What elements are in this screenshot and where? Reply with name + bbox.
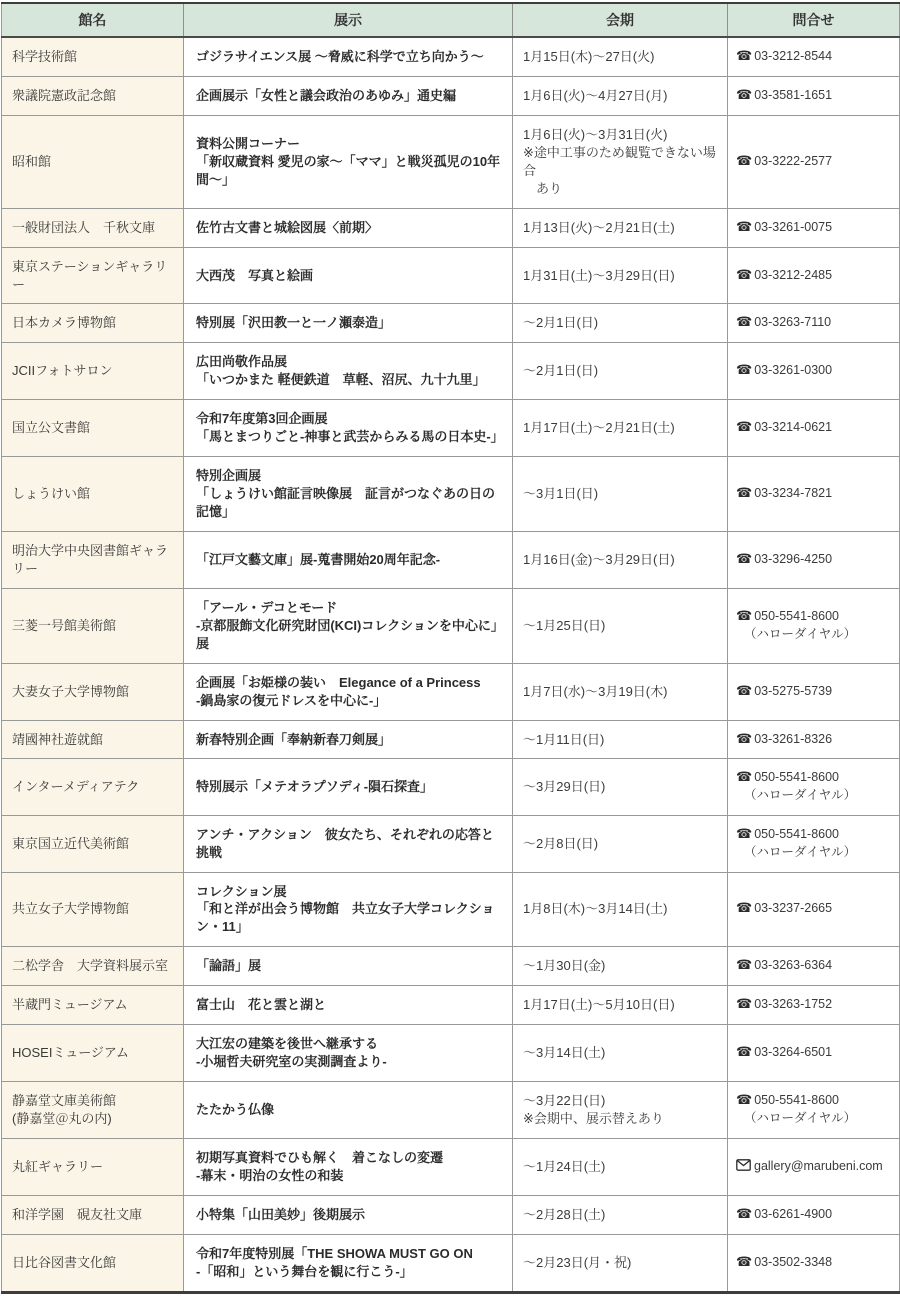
contact-cell: ☎03-3263-6364 (728, 947, 900, 986)
phone-icon: ☎ (736, 552, 752, 567)
contact-cell: ☎03-3502-3348 (728, 1234, 900, 1292)
contact-cell: gallery@marubeni.com (728, 1138, 900, 1195)
table-row: 静嘉堂文庫美術館(静嘉堂＠丸の内)たたかう仏像～3月22日(日)※会期中、展示替… (2, 1082, 900, 1139)
table-row: 日本カメラ博物館特別展「沢田教一と一ノ瀬泰造」～2月1日(日)☎03-3263-… (2, 304, 900, 343)
phone-icon: ☎ (736, 268, 752, 283)
period-line: 1月17日(土)～2月21日(土) (523, 419, 719, 437)
museum-name-cell: 大妻女子大学博物館 (2, 663, 184, 720)
museum-name-line: 日本カメラ博物館 (12, 314, 175, 332)
exhibit-title-cell: 小特集「山田美妙」後期展示 (184, 1195, 513, 1234)
contact-value-line: ☎03-6261-4900 (736, 1206, 891, 1224)
period-line: ～3月1日(日) (523, 485, 719, 503)
contact-cell: ☎050-5541-8600（ハローダイヤル） (728, 588, 900, 663)
museum-name-cell: HOSEIミュージアム (2, 1025, 184, 1082)
period-line: 1月17日(土)～5月10日(日) (523, 996, 719, 1014)
exhibit-title-line: 「アール・デコとモード (196, 599, 504, 617)
period-line: ※会期中、展示替えあり (523, 1110, 719, 1128)
museum-name-cell: 二松学舎 大学資料展示室 (2, 947, 184, 986)
exhibit-title-line: アンチ・アクション 彼女たち、それぞれの応答と挑戦 (196, 826, 504, 862)
period-cell: 1月13日(火)～2月21日(土) (513, 208, 728, 247)
exhibit-title-cell: 特別企画展「しょうけい館証言映像展 証言がつなぐあの日の記憶」 (184, 457, 513, 532)
museum-name-cell: しょうけい館 (2, 457, 184, 532)
contact-cell: ☎03-3261-8326 (728, 720, 900, 759)
exhibit-title-cell: 「江戸文藝文庫」展-蒐書開始20周年記念- (184, 531, 513, 588)
exhibit-title-line: 「馬とまつりごと-神事と武芸からみる馬の日本史-」 (196, 428, 504, 446)
contact-value-line: ☎03-3222-2577 (736, 153, 891, 171)
header-contact: 問合せ (728, 3, 900, 37)
museum-name-line: 二松学舎 大学資料展示室 (12, 957, 175, 975)
exhibit-title-line: 企画展示「女性と議会政治のあゆみ」通史編 (196, 87, 504, 105)
museum-name-line: しょうけい館 (12, 485, 175, 503)
phone-icon: ☎ (736, 220, 752, 235)
period-cell: ～3月14日(土) (513, 1025, 728, 1082)
phone-icon: ☎ (736, 958, 752, 973)
table-row: HOSEIミュージアム大江宏の建築を後世へ継承する-小堀哲夫研究室の実測調査より… (2, 1025, 900, 1082)
contact-value-line: ☎03-3502-3348 (736, 1254, 891, 1272)
exhibit-title-line: 広田尚敬作品展 (196, 353, 504, 371)
contact-value-line: ☎03-3237-2665 (736, 900, 891, 918)
period-line: ～1月30日(金) (523, 957, 719, 975)
contact-value-line: ☎03-3263-7110 (736, 314, 891, 332)
period-line: ～2月8日(日) (523, 835, 719, 853)
museum-name-cell: 日比谷図書文化館 (2, 1234, 184, 1292)
contact-cell: ☎03-6261-4900 (728, 1195, 900, 1234)
contact-cell: ☎03-3212-8544 (728, 37, 900, 76)
museum-name-line: 丸紅ギャラリー (12, 1158, 175, 1176)
contact-value-line: ☎03-3263-1752 (736, 996, 891, 1014)
exhibit-title-cell: 令和7年度第3回企画展「馬とまつりごと-神事と武芸からみる馬の日本史-」 (184, 400, 513, 457)
table-row: 靖國神社遊就館新春特別企画「奉納新春刀剣展」～1月11日(日)☎03-3261-… (2, 720, 900, 759)
museum-name-cell: 三菱一号館美術館 (2, 588, 184, 663)
exhibit-title-cell: アンチ・アクション 彼女たち、それぞれの応答と挑戦 (184, 815, 513, 872)
contact-note-line: （ハローダイヤル） (736, 844, 891, 861)
museum-name-cell: 半蔵門ミュージアム (2, 986, 184, 1025)
period-cell: ～1月25日(日) (513, 588, 728, 663)
contact-cell: ☎03-3234-7821 (728, 457, 900, 532)
museum-name-line: 静嘉堂文庫美術館 (12, 1092, 175, 1110)
contact-value-line: ☎03-3264-6501 (736, 1044, 891, 1062)
phone-icon: ☎ (736, 1207, 752, 1222)
exhibit-title-line: 「しょうけい館証言映像展 証言がつなぐあの日の記憶」 (196, 485, 504, 521)
contact-value-line: ☎03-3261-0300 (736, 362, 891, 380)
exhibit-title-line: 小特集「山田美妙」後期展示 (196, 1206, 504, 1224)
phone-icon: ☎ (736, 1093, 752, 1108)
phone-icon: ☎ (736, 770, 752, 785)
period-cell: 1月17日(土)～2月21日(土) (513, 400, 728, 457)
table-row: 日比谷図書文化館令和7年度特別展「THE SHOWA MUST GO ON-「昭… (2, 1234, 900, 1292)
period-line: ～3月14日(土) (523, 1044, 719, 1062)
museum-name-cell: 明治大学中央図書館ギャラリー (2, 531, 184, 588)
exhibit-title-line: 「いつかまた 軽便鉄道 草軽、沼尻、九十九里」 (196, 371, 504, 389)
phone-icon: ☎ (736, 88, 752, 103)
museum-name-line: 三菱一号館美術館 (12, 617, 175, 635)
phone-icon: ☎ (736, 732, 752, 747)
contact-value-line: ☎03-3212-2485 (736, 267, 891, 285)
contact-cell: ☎03-5275-5739 (728, 663, 900, 720)
period-line: あり (523, 180, 719, 198)
table-row: 東京国立近代美術館アンチ・アクション 彼女たち、それぞれの応答と挑戦～2月8日(… (2, 815, 900, 872)
contact-cell: ☎03-3263-7110 (728, 304, 900, 343)
contact-cell: ☎050-5541-8600（ハローダイヤル） (728, 759, 900, 815)
header-museum-name: 館名 (2, 3, 184, 37)
exhibit-title-cell: 資料公開コーナー「新収蔵資料 愛児の家～「ママ」と戦災孤児の10年間～」 (184, 115, 513, 208)
contact-cell: ☎03-3261-0300 (728, 343, 900, 400)
contact-cell: ☎03-3581-1651 (728, 76, 900, 115)
period-line: 1月6日(火)～4月27日(月) (523, 87, 719, 105)
phone-icon: ☎ (736, 154, 752, 169)
contact-cell: ☎03-3264-6501 (728, 1025, 900, 1082)
museum-name-cell: 昭和館 (2, 115, 184, 208)
table-row: しょうけい館特別企画展「しょうけい館証言映像展 証言がつなぐあの日の記憶」～3月… (2, 457, 900, 532)
period-line: ～2月1日(日) (523, 314, 719, 332)
period-line: 1月13日(火)～2月21日(土) (523, 219, 719, 237)
contact-cell: ☎03-3261-0075 (728, 208, 900, 247)
exhibit-title-cell: 佐竹古文書と城絵図展〈前期〉 (184, 208, 513, 247)
period-line: 1月31日(土)～3月29日(日) (523, 267, 719, 285)
exhibit-title-line: 「和と洋が出会う博物館 共立女子大学コレクション・11」 (196, 900, 504, 936)
contact-cell: ☎050-5541-8600（ハローダイヤル） (728, 815, 900, 872)
period-cell: 1月6日(火)～3月31日(火)※途中工事のため観覧できない場合 あり (513, 115, 728, 208)
table-row: 科学技術館ゴジラサイエンス展 ～脅威に科学で立ち向かう～1月15日(木)～27日… (2, 37, 900, 76)
contact-cell: ☎03-3296-4250 (728, 531, 900, 588)
museum-name-line: インターメディアテク (12, 778, 175, 796)
header-exhibit: 展示 (184, 3, 513, 37)
period-cell: ～2月23日(月・祝) (513, 1234, 728, 1292)
table-row: 共立女子大学博物館コレクション展「和と洋が出会う博物館 共立女子大学コレクション… (2, 872, 900, 947)
exhibit-title-line: 大西茂 写真と絵画 (196, 267, 504, 285)
exhibit-title-line: 「新収蔵資料 愛児の家～「ママ」と戦災孤児の10年間～」 (196, 153, 504, 189)
period-line: ～2月1日(日) (523, 362, 719, 380)
period-line: ～2月28日(土) (523, 1206, 719, 1224)
period-cell: ～1月30日(金) (513, 947, 728, 986)
contact-value-line: ☎03-3261-8326 (736, 731, 891, 749)
exhibit-title-cell: 企画展示「女性と議会政治のあゆみ」通史編 (184, 76, 513, 115)
exhibit-title-line: 「論語」展 (196, 957, 504, 975)
museum-name-cell: JCIIフォトサロン (2, 343, 184, 400)
period-line: 1月16日(金)～3月29日(日) (523, 551, 719, 569)
contact-value-line: ☎03-3261-0075 (736, 219, 891, 237)
period-cell: 1月15日(木)～27日(火) (513, 37, 728, 76)
period-line: 1月7日(水)～3月19日(木) (523, 683, 719, 701)
museum-name-line: HOSEIミュージアム (12, 1044, 175, 1062)
table-row: 国立公文書館令和7年度第3回企画展「馬とまつりごと-神事と武芸からみる馬の日本史… (2, 400, 900, 457)
phone-icon: ☎ (736, 486, 752, 501)
period-cell: ～3月1日(日) (513, 457, 728, 532)
period-line: 1月8日(木)～3月14日(土) (523, 900, 719, 918)
museum-name-line: 共立女子大学博物館 (12, 900, 175, 918)
museum-name-line: 科学技術館 (12, 48, 175, 66)
phone-icon: ☎ (736, 997, 752, 1012)
contact-value-line: ☎03-3263-6364 (736, 957, 891, 975)
header-row: 館名 展示 会期 問合せ (2, 3, 900, 37)
period-line: 1月15日(木)～27日(火) (523, 48, 719, 66)
exhibit-title-cell: 富士山 花と雲と湖と (184, 986, 513, 1025)
exhibit-title-line: -小堀哲夫研究室の実測調査より- (196, 1053, 504, 1071)
phone-icon: ☎ (736, 1255, 752, 1270)
exhibit-title-line: 特別展「沢田教一と一ノ瀬泰造」 (196, 314, 504, 332)
phone-icon: ☎ (736, 363, 752, 378)
exhibit-title-line: 特別展示「メテオラプソディ-隕石探査」 (196, 778, 504, 796)
period-cell: ～2月28日(土) (513, 1195, 728, 1234)
contact-value-line: ☎050-5541-8600 (736, 769, 891, 787)
exhibit-title-line: -京都服飾文化研究財団(KCI)コレクションを中心に」展 (196, 617, 504, 653)
contact-value-line: ☎03-3212-8544 (736, 48, 891, 66)
period-cell: ～3月22日(日)※会期中、展示替えあり (513, 1082, 728, 1139)
period-line: ～3月29日(日) (523, 778, 719, 796)
table-row: 一般財団法人 千秋文庫佐竹古文書と城絵図展〈前期〉1月13日(火)～2月21日(… (2, 208, 900, 247)
museum-name-line: 昭和館 (12, 153, 175, 171)
exhibit-title-cell: 大江宏の建築を後世へ継承する-小堀哲夫研究室の実測調査より- (184, 1025, 513, 1082)
exhibit-title-line: 初期写真資料でひも解く 着こなしの変遷 (196, 1149, 504, 1167)
exhibit-title-line: 企画展「お姫様の装い Elegance of a Princess (196, 674, 504, 692)
period-cell: ～3月29日(日) (513, 759, 728, 815)
contact-value-line: ☎050-5541-8600 (736, 826, 891, 844)
exhibition-listing-page: 館名 展示 会期 問合せ 科学技術館ゴジラサイエンス展 ～脅威に科学で立ち向かう… (0, 0, 900, 1296)
contact-note-line: （ハローダイヤル） (736, 1110, 891, 1127)
museum-name-line: 明治大学中央図書館ギャラリー (12, 542, 175, 578)
table-row: インターメディアテク特別展示「メテオラプソディ-隕石探査」～3月29日(日)☎0… (2, 759, 900, 815)
phone-icon: ☎ (736, 827, 752, 842)
museum-name-cell: 共立女子大学博物館 (2, 872, 184, 947)
exhibit-title-line: 資料公開コーナー (196, 135, 504, 153)
museum-name-line: 大妻女子大学博物館 (12, 683, 175, 701)
exhibit-title-line: 令和7年度特別展「THE SHOWA MUST GO ON (196, 1245, 504, 1263)
exhibit-title-cell: 企画展「お姫様の装い Elegance of a Princess-鍋島家の復元… (184, 663, 513, 720)
museum-name-cell: 東京国立近代美術館 (2, 815, 184, 872)
museum-name-cell: 靖國神社遊就館 (2, 720, 184, 759)
period-line: ～1月24日(土) (523, 1158, 719, 1176)
table-body: 科学技術館ゴジラサイエンス展 ～脅威に科学で立ち向かう～1月15日(木)～27日… (2, 37, 900, 1292)
period-line: 1月6日(火)～3月31日(火) (523, 126, 719, 144)
exhibit-title-cell: たたかう仏像 (184, 1082, 513, 1139)
period-cell: ～1月11日(日) (513, 720, 728, 759)
exhibit-title-line: たたかう仏像 (196, 1101, 504, 1119)
exhibit-title-line: 特別企画展 (196, 467, 504, 485)
header-period: 会期 (513, 3, 728, 37)
period-cell: ～2月8日(日) (513, 815, 728, 872)
museum-name-cell: 衆議院憲政記念館 (2, 76, 184, 115)
period-line: ～1月25日(日) (523, 617, 719, 635)
museum-name-cell: インターメディアテク (2, 759, 184, 815)
exhibit-title-line: 大江宏の建築を後世へ継承する (196, 1035, 504, 1053)
museum-name-cell: 国立公文書館 (2, 400, 184, 457)
exhibit-title-cell: ゴジラサイエンス展 ～脅威に科学で立ち向かう～ (184, 37, 513, 76)
exhibit-title-line: ゴジラサイエンス展 ～脅威に科学で立ち向かう～ (196, 48, 504, 66)
museum-name-cell: 日本カメラ博物館 (2, 304, 184, 343)
table-row: 明治大学中央図書館ギャラリー「江戸文藝文庫」展-蒐書開始20周年記念-1月16日… (2, 531, 900, 588)
phone-icon: ☎ (736, 901, 752, 916)
period-cell: 1月17日(土)～5月10日(日) (513, 986, 728, 1025)
period-cell: 1月6日(火)～4月27日(月) (513, 76, 728, 115)
contact-cell: ☎03-3214-0621 (728, 400, 900, 457)
exhibit-title-cell: 「アール・デコとモード-京都服飾文化研究財団(KCI)コレクションを中心に」展 (184, 588, 513, 663)
period-cell: 1月16日(金)～3月29日(日) (513, 531, 728, 588)
period-cell: 1月31日(土)～3月29日(日) (513, 247, 728, 304)
exhibit-title-cell: 大西茂 写真と絵画 (184, 247, 513, 304)
museum-name-line: JCIIフォトサロン (12, 362, 175, 380)
phone-icon: ☎ (736, 420, 752, 435)
exhibit-title-line: -「昭和」という舞台を観に行こう-」 (196, 1263, 504, 1281)
contact-note-line: （ハローダイヤル） (736, 626, 891, 643)
table-header: 館名 展示 会期 問合せ (2, 3, 900, 37)
museum-name-cell: 丸紅ギャラリー (2, 1138, 184, 1195)
table-row: 三菱一号館美術館「アール・デコとモード-京都服飾文化研究財団(KCI)コレクショ… (2, 588, 900, 663)
table-row: 丸紅ギャラリー初期写真資料でひも解く 着こなしの変遷-幕末・明治の女性の和装～1… (2, 1138, 900, 1195)
contact-value-line: ☎03-3214-0621 (736, 419, 891, 437)
museum-name-line: 靖國神社遊就館 (12, 731, 175, 749)
exhibit-title-line: -幕末・明治の女性の和装 (196, 1167, 504, 1185)
table-row: 半蔵門ミュージアム富士山 花と雲と湖と1月17日(土)～5月10日(日)☎03-… (2, 986, 900, 1025)
table-row: 大妻女子大学博物館企画展「お姫様の装い Elegance of a Prince… (2, 663, 900, 720)
period-cell: ～2月1日(日) (513, 304, 728, 343)
period-cell: 1月7日(水)～3月19日(木) (513, 663, 728, 720)
contact-cell: ☎03-3237-2665 (728, 872, 900, 947)
phone-icon: ☎ (736, 1045, 752, 1060)
table-row: 昭和館資料公開コーナー「新収蔵資料 愛児の家～「ママ」と戦災孤児の10年間～」1… (2, 115, 900, 208)
exhibit-title-cell: 「論語」展 (184, 947, 513, 986)
museum-name-cell: 東京ステーションギャラリー (2, 247, 184, 304)
contact-value-line: gallery@marubeni.com (736, 1158, 891, 1176)
museum-name-line: 東京ステーションギャラリー (12, 258, 175, 294)
museum-name-line: 一般財団法人 千秋文庫 (12, 219, 175, 237)
exhibit-title-line: 令和7年度第3回企画展 (196, 410, 504, 428)
contact-cell: ☎03-3263-1752 (728, 986, 900, 1025)
table-row: JCIIフォトサロン広田尚敬作品展「いつかまた 軽便鉄道 草軽、沼尻、九十九里」… (2, 343, 900, 400)
museum-name-cell: 和洋学園 硯友社文庫 (2, 1195, 184, 1234)
contact-value-line: ☎03-5275-5739 (736, 683, 891, 701)
table-row: 東京ステーションギャラリー大西茂 写真と絵画1月31日(土)～3月29日(日)☎… (2, 247, 900, 304)
contact-value-line: ☎050-5541-8600 (736, 1092, 891, 1110)
contact-cell: ☎03-3222-2577 (728, 115, 900, 208)
period-cell: ～2月1日(日) (513, 343, 728, 400)
mail-icon (736, 1159, 751, 1176)
phone-icon: ☎ (736, 684, 752, 699)
contact-value-line: ☎03-3581-1651 (736, 87, 891, 105)
period-line: ～2月23日(月・祝) (523, 1254, 719, 1272)
phone-icon: ☎ (736, 49, 752, 64)
period-line: ※途中工事のため観覧できない場合 (523, 144, 719, 180)
contact-value-line: ☎050-5541-8600 (736, 608, 891, 626)
museum-name-line: 衆議院憲政記念館 (12, 87, 175, 105)
exhibit-title-cell: 特別展「沢田教一と一ノ瀬泰造」 (184, 304, 513, 343)
contact-cell: ☎03-3212-2485 (728, 247, 900, 304)
museum-name-line: 和洋学園 硯友社文庫 (12, 1206, 175, 1224)
exhibit-title-cell: 新春特別企画「奉納新春刀剣展」 (184, 720, 513, 759)
exhibit-title-cell: 初期写真資料でひも解く 着こなしの変遷-幕末・明治の女性の和装 (184, 1138, 513, 1195)
museum-name-cell: 科学技術館 (2, 37, 184, 76)
exhibit-title-line: 「江戸文藝文庫」展-蒐書開始20周年記念- (196, 551, 504, 569)
museum-name-line: 国立公文書館 (12, 419, 175, 437)
phone-icon: ☎ (736, 315, 752, 330)
exhibit-title-line: 富士山 花と雲と湖と (196, 996, 504, 1014)
museum-name-line: 半蔵門ミュージアム (12, 996, 175, 1014)
exhibit-title-cell: 広田尚敬作品展「いつかまた 軽便鉄道 草軽、沼尻、九十九里」 (184, 343, 513, 400)
exhibit-title-cell: コレクション展「和と洋が出会う博物館 共立女子大学コレクション・11」 (184, 872, 513, 947)
table-row: 衆議院憲政記念館企画展示「女性と議会政治のあゆみ」通史編1月6日(火)～4月27… (2, 76, 900, 115)
museum-name-line: 日比谷図書文化館 (12, 1254, 175, 1272)
contact-value-line: ☎03-3234-7821 (736, 485, 891, 503)
museum-name-line: 東京国立近代美術館 (12, 835, 175, 853)
period-cell: 1月8日(木)～3月14日(土) (513, 872, 728, 947)
exhibit-title-line: 新春特別企画「奉納新春刀剣展」 (196, 731, 504, 749)
phone-icon: ☎ (736, 609, 752, 624)
exhibit-title-line: コレクション展 (196, 883, 504, 901)
museum-name-line: (静嘉堂＠丸の内) (12, 1110, 175, 1128)
exhibit-title-line: 佐竹古文書と城絵図展〈前期〉 (196, 219, 504, 237)
table-row: 二松学舎 大学資料展示室「論語」展～1月30日(金)☎03-3263-6364 (2, 947, 900, 986)
exhibition-table: 館名 展示 会期 問合せ 科学技術館ゴジラサイエンス展 ～脅威に科学で立ち向かう… (1, 2, 900, 1294)
exhibit-title-cell: 令和7年度特別展「THE SHOWA MUST GO ON-「昭和」という舞台を… (184, 1234, 513, 1292)
table-row: 和洋学園 硯友社文庫小特集「山田美妙」後期展示～2月28日(土)☎03-6261… (2, 1195, 900, 1234)
contact-note-line: （ハローダイヤル） (736, 787, 891, 804)
contact-value-line: ☎03-3296-4250 (736, 551, 891, 569)
period-line: ～3月22日(日) (523, 1092, 719, 1110)
period-cell: ～1月24日(土) (513, 1138, 728, 1195)
period-line: ～1月11日(日) (523, 731, 719, 749)
museum-name-cell: 一般財団法人 千秋文庫 (2, 208, 184, 247)
museum-name-cell: 静嘉堂文庫美術館(静嘉堂＠丸の内) (2, 1082, 184, 1139)
exhibit-title-line: -鍋島家の復元ドレスを中心に-」 (196, 692, 504, 710)
exhibit-title-cell: 特別展示「メテオラプソディ-隕石探査」 (184, 759, 513, 815)
contact-cell: ☎050-5541-8600（ハローダイヤル） (728, 1082, 900, 1139)
